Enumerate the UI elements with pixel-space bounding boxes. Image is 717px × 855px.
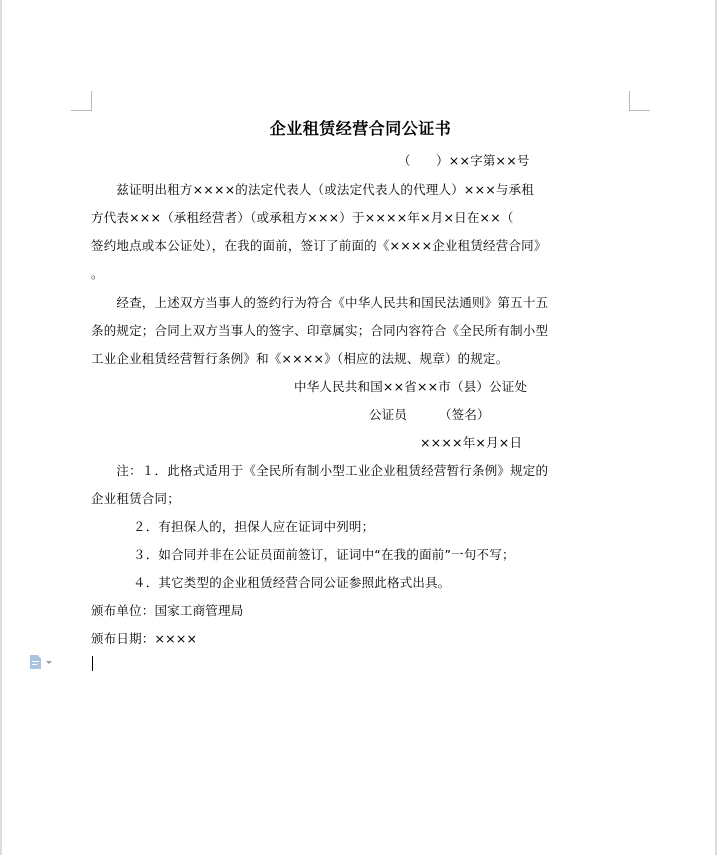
note-1-line-1: 注：１．此格式适用于《全民所有制小型工业企业租赁经营暂行条例》规定的 xyxy=(91,463,548,479)
notary-date: ××××年×月×日 xyxy=(420,435,522,451)
paragraph-1-line-2: 方代表×××（承租经营者）（或承租方×××）于××××年×月×日在××（ xyxy=(91,210,514,226)
issuer: 颁布单位：国家工商管理局 xyxy=(91,603,243,619)
document-page[interactable]: 企业租赁经营合同公证书 （ ）××字第××号 兹证明出租方××××的法定代表人（… xyxy=(0,0,717,855)
margin-corner-mark-top-left xyxy=(71,91,92,111)
paragraph-1-line-3: 签约地点或本公证处），在我的面前，签订了前面的《××××企业租赁经营合同》 xyxy=(91,238,547,254)
text-cursor xyxy=(92,656,93,671)
notary-office: 中华人民共和国××省××市（县）公证处 xyxy=(294,379,527,395)
paragraph-2-line-1: 经查，上述双方当事人的签约行为符合《中华人民共和国民法通则》第五十五 xyxy=(91,295,548,311)
paragraph-2-line-3: 工业企业租赁经营暂行条例》和《××××》（相应的法规、规章）的规定。 xyxy=(91,351,508,367)
issue-date: 颁布日期：×××× xyxy=(91,631,197,647)
note-2: ２．有担保人的，担保人应在证词中列明； xyxy=(133,519,374,535)
paragraph-1-line-4: 。 xyxy=(91,266,104,282)
notary-signature: 公证员 （签名） xyxy=(369,407,490,423)
paste-options-button[interactable] xyxy=(30,654,60,670)
paragraph-1-line-1: 兹证明出租方××××的法定代表人（或法定代表人的代理人）×××与承租 xyxy=(91,182,534,198)
chevron-down-icon xyxy=(46,661,52,664)
paste-options-icon xyxy=(30,655,41,669)
margin-corner-mark-top-right xyxy=(629,91,650,111)
paragraph-2-line-2: 条的规定；合同上双方当事人的签字、印章属实；合同内容符合《全民所有制小型 xyxy=(91,323,548,339)
document-title: 企业租赁经营合同公证书 xyxy=(2,119,717,139)
document-number: （ ）××字第××号 xyxy=(398,153,530,169)
note-4: ４．其它类型的企业租赁经营合同公证参照此格式出具。 xyxy=(133,575,451,591)
note-1-line-2: 企业租赁合同； xyxy=(91,491,180,507)
note-3: ３．如合同并非在公证员面前签订，证词中“在我的面前”一句不写； xyxy=(133,547,515,563)
